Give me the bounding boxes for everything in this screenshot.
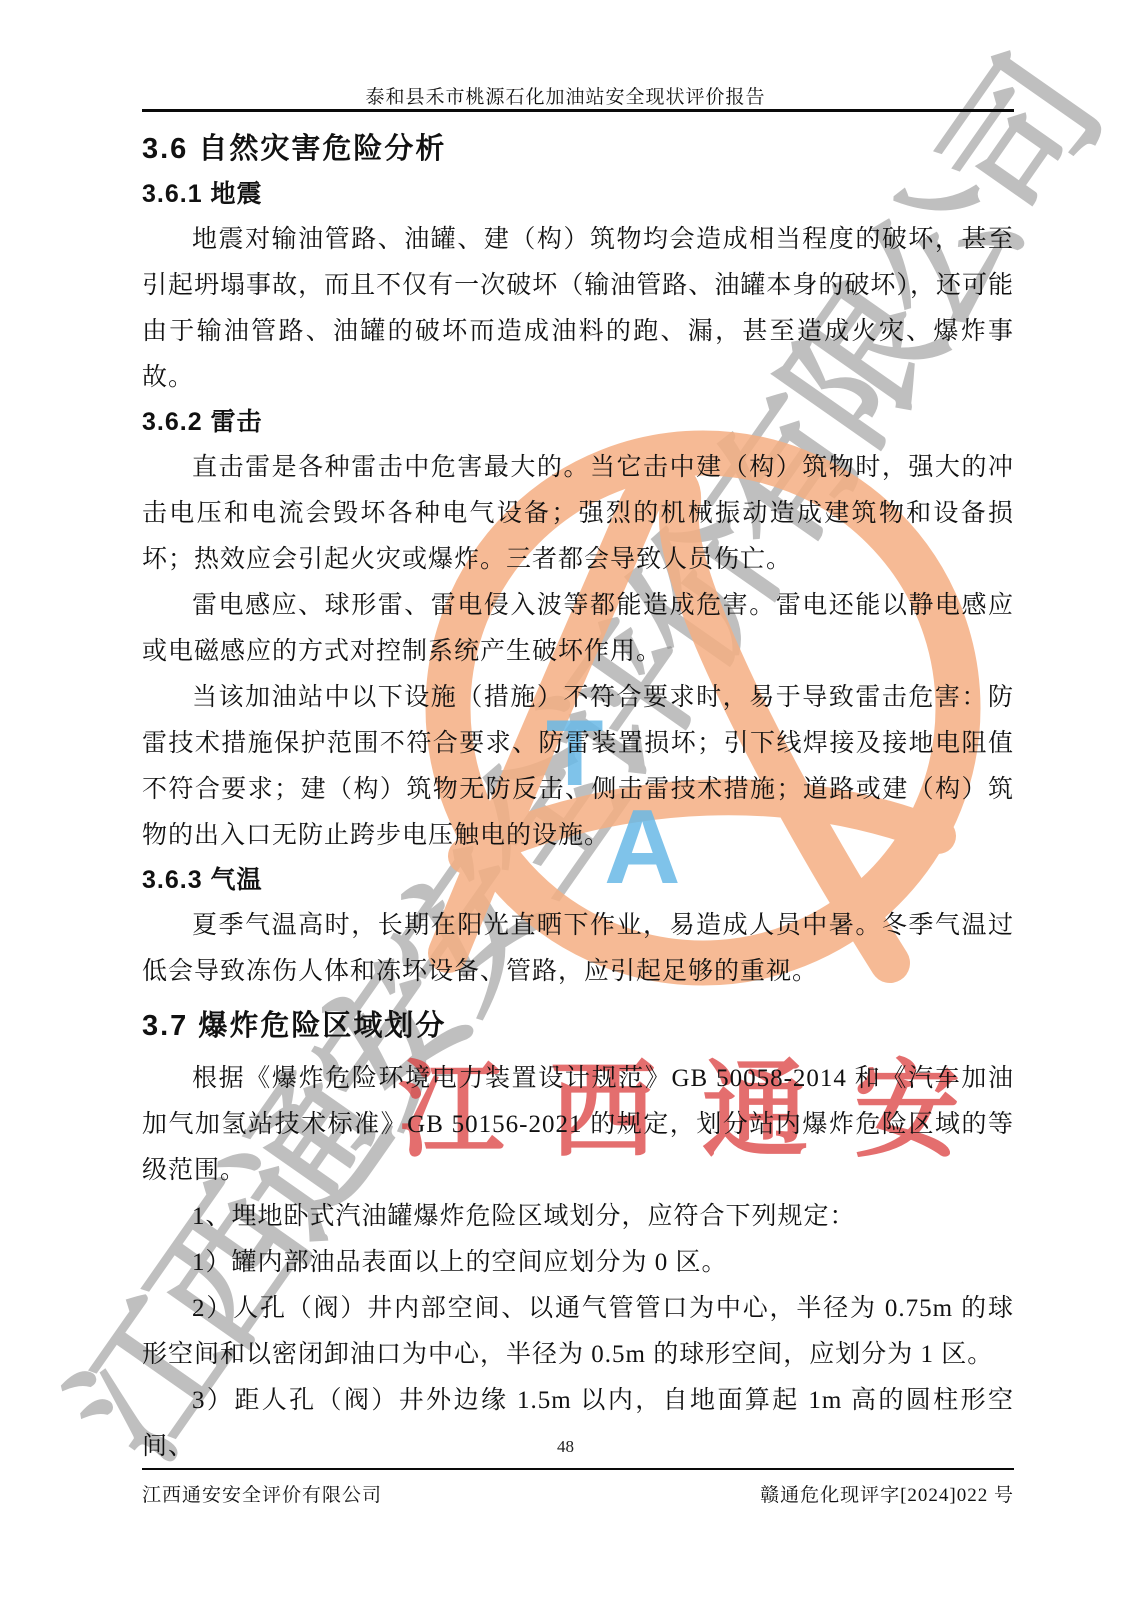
section-3-6-heading: 3.6 自然灾害危险分析 <box>142 132 1014 167</box>
footer: 江西通安安全评价有限公司 赣通危化现评字[2024]022 号 <box>142 1480 1014 1507</box>
paragraph-temperature: 夏季气温高时，长期在阳光直晒下作业，易造成人员中暑。冬季气温过低会导致冻伤人体和… <box>142 903 1014 995</box>
document-body: 3.6 自然灾害危险分析 3.6.1 地震 地震对输油管路、油罐、建（构）筑物均… <box>142 128 1014 1470</box>
section-3-7-heading: 3.7 爆炸危险区域划分 <box>142 1009 1014 1044</box>
list-item-1-2: 2）人孔（阀）井内部空间、以通气管管口为中心，半径为 0.75m 的球形空间和以… <box>142 1286 1014 1378</box>
paragraph-lightning-1: 直击雷是各种雷击中危害最大的。当它击中建（构）筑物时，强大的冲击电压和电流会毁坏… <box>142 445 1014 583</box>
section-3-6-1-heading: 3.6.1 地震 <box>142 179 1014 209</box>
report-page: 江西通安安全评价有限公司 T A 江西通安 泰和县禾市桃源石化加油站安全现状评价… <box>0 0 1131 1600</box>
footer-doc-number: 赣通危化现评字[2024]022 号 <box>760 1480 1014 1507</box>
paragraph-earthquake: 地震对输油管路、油罐、建（构）筑物均会造成相当程度的破坏，甚至引起坍塌事故，而且… <box>142 217 1014 401</box>
header-rule <box>142 109 1014 112</box>
footer-rule <box>142 1468 1014 1470</box>
document-layer: 泰和县禾市桃源石化加油站安全现状评价报告 3.6 自然灾害危险分析 3.6.1 … <box>0 0 1131 1600</box>
list-item-1-1: 1）罐内部油品表面以上的空间应划分为 0 区。 <box>142 1240 1014 1286</box>
section-3-6-2-heading: 3.6.2 雷击 <box>142 407 1014 437</box>
list-item-1: 1、埋地卧式汽油罐爆炸危险区域划分，应符合下列规定： <box>142 1194 1014 1240</box>
footer-company: 江西通安安全评价有限公司 <box>142 1480 382 1507</box>
page-number: 48 <box>0 1437 1131 1457</box>
section-3-6-3-heading: 3.6.3 气温 <box>142 865 1014 895</box>
paragraph-basis: 根据《爆炸危险环境电力装置设计规范》GB 50058-2014 和《汽车加油加气… <box>142 1056 1014 1194</box>
page-header-title: 泰和县禾市桃源石化加油站安全现状评价报告 <box>0 82 1131 109</box>
paragraph-lightning-2: 雷电感应、球形雷、雷电侵入波等都能造成危害。雷电还能以静电感应或电磁感应的方式对… <box>142 583 1014 675</box>
paragraph-lightning-3: 当该加油站中以下设施（措施）不符合要求时，易于导致雷击危害：防雷技术措施保护范围… <box>142 675 1014 859</box>
